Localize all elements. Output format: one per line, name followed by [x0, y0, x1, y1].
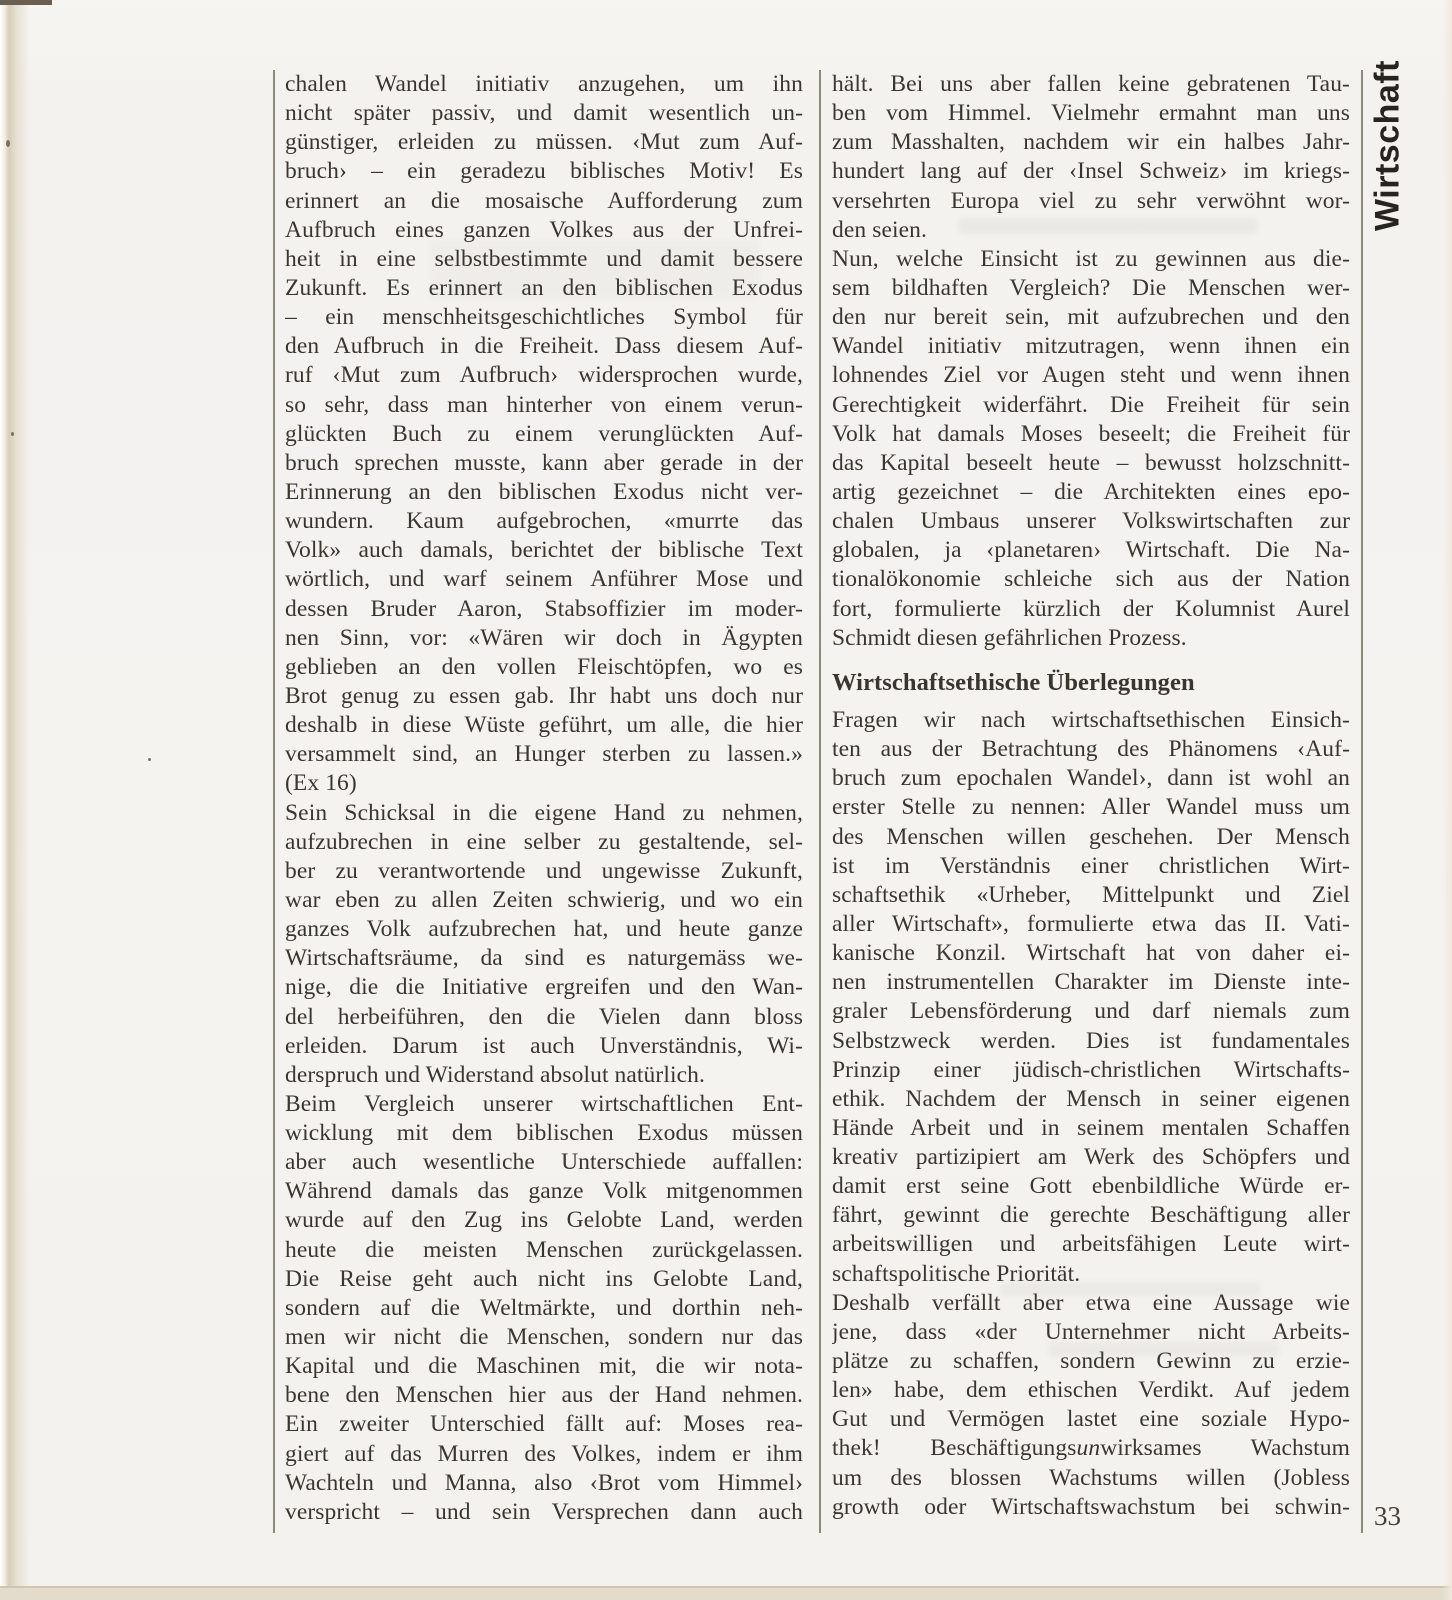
text-line: Wachteln und Manna, also ‹Brot vom Himme…	[285, 1469, 803, 1498]
text-line: schaftspolitische Priorität.	[832, 1260, 1350, 1289]
sidebar-rule	[1361, 70, 1363, 1533]
text-line: erleiden. Darum ist auch Unverständnis, …	[285, 1032, 803, 1061]
text-line: war eben zu allen Zeiten schwierig, und …	[285, 886, 803, 915]
text-line: versehrten Europa viel zu sehr verwöhnt …	[832, 187, 1350, 216]
right-column: hält. Bei uns aber fallen keine gebraten…	[832, 70, 1350, 1522]
page-number: 33	[1374, 1501, 1401, 1532]
text-line: zum Masshalten, nachdem wir ein halbes J…	[832, 128, 1350, 157]
text-line: bruch zum epochalen Wandel›, dann ist wo…	[832, 764, 1350, 793]
text-line: Gerechtigkeit widerfährt. Die Freiheit f…	[832, 391, 1350, 420]
text-line: Die Reise geht auch nicht ins Gelobte La…	[285, 1265, 803, 1294]
text-line: geblieben an den vollen Fleischtöpfen, w…	[285, 653, 803, 682]
text-line: wundern. Kaum aufgebrochen, «murrte das	[285, 507, 803, 536]
text-line: Brot genug zu essen gab. Ihr habt uns do…	[285, 682, 803, 711]
text-line: Zukunft. Es erinnert an den biblischen E…	[285, 274, 803, 303]
text-line: nen Sinn, vor: «Wären wir doch in Ägypte…	[285, 624, 803, 653]
text-line: Deshalb verfällt aber etwa eine Aussage …	[832, 1289, 1350, 1318]
text-line: bene den Menschen hier aus der Hand nehm…	[285, 1381, 803, 1410]
text-line: Kapital und die Maschinen mit, die wir n…	[285, 1352, 803, 1381]
text-line: aber auch wesentliche Unterschiede auffa…	[285, 1148, 803, 1177]
text-line: jene, dass «der Unternehmer nicht Arbeit…	[832, 1318, 1350, 1347]
text-line: – ein menschheitsgeschichtliches Symbol …	[285, 303, 803, 332]
text-line: dessen Bruder Aaron, Stabsoffizier im mo…	[285, 595, 803, 624]
text-line: chalen Wandel initiativ anzugehen, um ih…	[285, 70, 803, 99]
text-line: nige, die die Initiative ergreifen und d…	[285, 973, 803, 1002]
text-line: thek! Beschäftigungsunwirksames Wachstum	[832, 1434, 1350, 1463]
text-line: aufzubrechen in eine selber zu gestalten…	[285, 828, 803, 857]
column-divider-rule	[819, 70, 821, 1533]
text-line: ben vom Himmel. Vielmehr ermahnt man uns	[832, 99, 1350, 128]
text-line: plätze zu schaffen, sondern Gewinn zu er…	[832, 1347, 1350, 1376]
text-line: graler Lebensförderung und darf niemals …	[832, 997, 1350, 1026]
text-line: verspricht – und sein Versprechen dann a…	[285, 1498, 803, 1527]
text-line: bruch sprechen musste, kann aber gerade …	[285, 449, 803, 478]
text-line: wicklung mit dem biblischen Exodus müsse…	[285, 1119, 803, 1148]
text-line: Gut und Vermögen lastet eine soziale Hyp…	[832, 1405, 1350, 1434]
margin-rule-left	[273, 70, 275, 1533]
text-line: (Ex 16)	[285, 769, 803, 798]
scan-edge-bottom	[0, 1586, 1452, 1600]
text-line: chalen Umbaus unserer Volkswirtschaften …	[832, 507, 1350, 536]
text-line: Wandel initiativ mitzutragen, wenn ihnen…	[832, 332, 1350, 361]
text-line: den nur bereit sein, mit aufzubrechen un…	[832, 303, 1350, 332]
text-line: heit in eine selbstbestimmte und damit b…	[285, 245, 803, 274]
section-label-text: Wirtschaft	[1369, 60, 1408, 231]
text-line: heute die meisten Menschen zurückgelasse…	[285, 1236, 803, 1265]
left-column: chalen Wandel initiativ anzugehen, um ih…	[285, 70, 803, 1527]
text-line: hundert lang auf der ‹Insel Schweiz› im …	[832, 157, 1350, 186]
text-line: globalen, ja ‹planetaren› Wirtschaft. Di…	[832, 536, 1350, 565]
text-line: um des blossen Wachstums willen (Jobless	[832, 1464, 1350, 1493]
scan-edge-right	[1442, 0, 1452, 1600]
text-line: Ein zweiter Unterschied fällt auf: Moses…	[285, 1410, 803, 1439]
text-line: wörtlich, und warf seinem Anführer Mose …	[285, 565, 803, 594]
text-line: ganzes Volk aufzubrechen hat, und heute …	[285, 915, 803, 944]
text-line: den seien.	[832, 216, 1350, 245]
text-line: ten aus der Betrachtung des Phänomens ‹A…	[832, 735, 1350, 764]
text-line: deshalb in diese Wüste geführt, um alle,…	[285, 711, 803, 740]
text-line: sondern auf die Weltmärkte, und dorthin …	[285, 1294, 803, 1323]
document-page: chalen Wandel initiativ anzugehen, um ih…	[0, 0, 1452, 1600]
text-line: Schmidt diesen gefährlichen Prozess.	[832, 624, 1350, 653]
text-line: growth oder Wirtschaftswachstum bei schw…	[832, 1493, 1350, 1522]
text-line: ethik. Nachdem der Mensch in seiner eige…	[832, 1085, 1350, 1114]
text-line: ruf ‹Mut zum Aufbruch› widersprochen wur…	[285, 361, 803, 390]
text-line: men wir nicht die Menschen, sondern nur …	[285, 1323, 803, 1352]
text-line: aller Wirtschaft», formulierte etwa das …	[832, 910, 1350, 939]
text-line: kanische Konzil. Wirtschaft hat von dahe…	[832, 939, 1350, 968]
text-line: Erinnerung an den biblischen Exodus nich…	[285, 478, 803, 507]
text-line: fährt, gewinnt die gerechte Beschäftigun…	[832, 1201, 1350, 1230]
text-line: hält. Bei uns aber fallen keine gebraten…	[832, 70, 1350, 99]
scan-speck	[11, 432, 14, 436]
text-line: giert auf das Murren des Volkes, indem e…	[285, 1440, 803, 1469]
text-line: so sehr, dass man hinterher von einem ve…	[285, 391, 803, 420]
text-line: Selbstzweck werden. Dies ist fundamental…	[832, 1027, 1350, 1056]
text-line: des Menschen willen geschehen. Der Mensc…	[832, 823, 1350, 852]
text-line: del herbeiführen, den die Vielen dann bl…	[285, 1003, 803, 1032]
text-line: ber zu verantwortende und ungewisse Zuku…	[285, 857, 803, 886]
text-line: Prinzip einer jüdisch-christlichen Wirts…	[832, 1056, 1350, 1085]
text-line: versammelt sind, an Hunger sterben zu la…	[285, 740, 803, 769]
text-line: derspruch und Widerstand absolut natürli…	[285, 1061, 803, 1090]
scan-edge-left	[0, 0, 30, 1600]
text-line: den Aufbruch in die Freiheit. Dass diese…	[285, 332, 803, 361]
text-line: schaftsethik «Urheber, Mittelpunkt und Z…	[832, 881, 1350, 910]
text-line: Volk hat damals Moses beseelt; die Freih…	[832, 420, 1350, 449]
text-line: Volk» auch damals, berichtet der biblisc…	[285, 536, 803, 565]
text-line: wurde auf den Zug ins Gelobte Land, werd…	[285, 1206, 803, 1235]
text-line: Hände Arbeit und in seinem mentalen Scha…	[832, 1114, 1350, 1143]
text-line: fort, formulierte kürzlich der Kolumnist…	[832, 595, 1350, 624]
scan-speck	[6, 140, 10, 147]
scan-corner-artifact	[0, 0, 52, 5]
text-line: sem bildhaften Vergleich? Die Menschen w…	[832, 274, 1350, 303]
text-line: damit erst seine Gott ebenbildliche Würd…	[832, 1172, 1350, 1201]
text-line: ist im Verständnis einer christlichen Wi…	[832, 852, 1350, 881]
scan-speck	[148, 758, 151, 761]
text-line: tionalökonomie schleiche sich aus der Na…	[832, 565, 1350, 594]
text-line: das Kapital beseelt heute – bewusst holz…	[832, 449, 1350, 478]
text-line: erinnert an die mosaische Aufforderung z…	[285, 187, 803, 216]
text-line: Nun, welche Einsicht ist zu gewinnen aus…	[832, 245, 1350, 274]
text-line: artig gezeichnet – die Architekten eines…	[832, 478, 1350, 507]
text-line: nen instrumentellen Charakter im Dienste…	[832, 968, 1350, 997]
text-line: lohnendes Ziel vor Augen steht und wenn …	[832, 361, 1350, 390]
section-heading: Wirtschaftsethische Überlegungen	[832, 668, 1350, 697]
text-line: günstiger, erleiden zu müssen. ‹Mut zum …	[285, 128, 803, 157]
text-line: bruch› – ein geradezu biblisches Motiv! …	[285, 157, 803, 186]
text-line: len» habe, dem ethischen Verdikt. Auf je…	[832, 1376, 1350, 1405]
text-line: Fragen wir nach wirtschaftsethischen Ein…	[832, 706, 1350, 735]
text-line: Während damals das ganze Volk mitgenomme…	[285, 1177, 803, 1206]
text-line: Aufbruch eines ganzen Volkes aus der Unf…	[285, 216, 803, 245]
text-line: kreativ partizipiert am Werk des Schöpfe…	[832, 1143, 1350, 1172]
text-line: Wirtschaftsräume, da sind es naturgemäss…	[285, 944, 803, 973]
text-line: arbeitswilligen und arbeitsfähigen Leute…	[832, 1230, 1350, 1259]
section-label-vertical: Wirtschaft	[1366, 60, 1410, 250]
text-line: Beim Vergleich unserer wirtschaftlichen …	[285, 1090, 803, 1119]
text-line: nicht später passiv, und damit wesentlic…	[285, 99, 803, 128]
text-line: glückten Buch zu einem verunglückten Auf…	[285, 420, 803, 449]
text-line: Sein Schicksal in die eigene Hand zu neh…	[285, 799, 803, 828]
text-line: erster Stelle zu nennen: Aller Wandel mu…	[832, 793, 1350, 822]
